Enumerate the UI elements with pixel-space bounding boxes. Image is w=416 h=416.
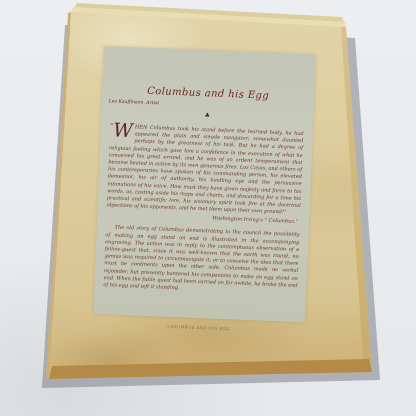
plate-sheet: Columbus and his Egg Leo Kauffmann, Arti… (93, 46, 316, 322)
photo-background: Columbus and his Egg Leo Kauffmann, Arti… (0, 0, 416, 416)
story-paragraph: The old story of Columbus demonstrating … (103, 225, 299, 298)
quote-paragraph: “WHEN Columbus took his stand before the… (106, 123, 303, 217)
printed-plate: Columbus and his Egg Leo Kauffmann, Arti… (93, 46, 316, 334)
drop-cap-group: “W (109, 123, 133, 140)
drop-cap: W (113, 119, 133, 142)
printers-ornament-icon: ♣ (108, 109, 306, 123)
quote-text: HEN Columbus took his stand before the l… (106, 124, 303, 215)
